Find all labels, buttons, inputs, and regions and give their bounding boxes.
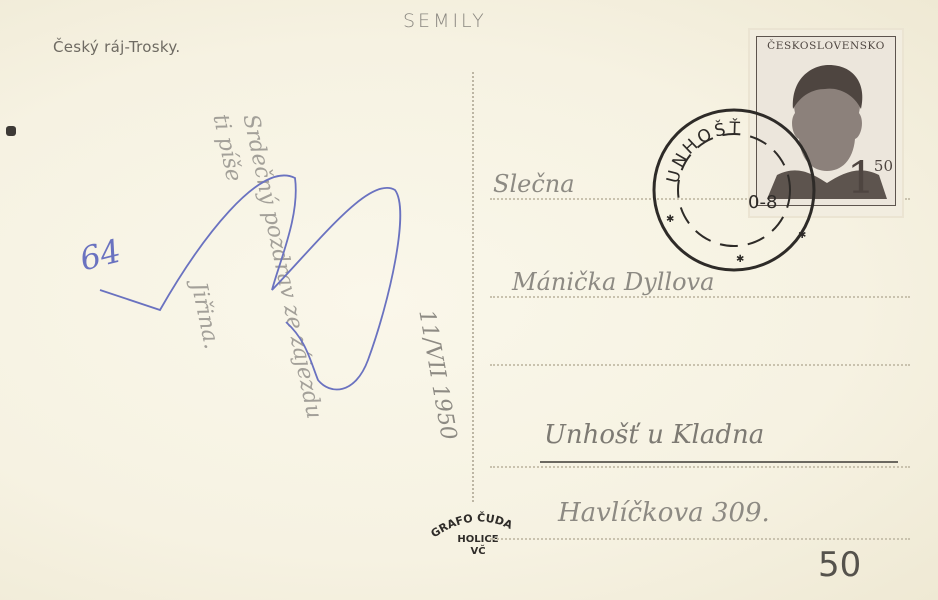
printer-mark-line3: VČ — [470, 544, 485, 557]
address-salutation: Slečna — [493, 170, 575, 198]
postmark-star-bottom: ✱ — [736, 254, 744, 265]
postmark-town: UNHOŠŤ — [663, 117, 743, 185]
postmark-star-left: ✱ — [666, 214, 674, 225]
postcard-back: Český ráj-Trosky. SEMILY Srdečný pozdrav… — [0, 0, 938, 600]
corner-number: 50 — [818, 545, 861, 585]
address-rule-2 — [490, 296, 910, 298]
address-rule-3 — [490, 364, 910, 366]
postmark-date: 0-8 — [748, 192, 777, 213]
svg-text:UNHOŠŤ: UNHOŠŤ — [663, 117, 743, 185]
printer-mark: GRAFO ČUDA HOLICE VČ — [428, 510, 528, 560]
stamp-country: ČESKOSLOVENSKO — [757, 40, 895, 52]
stamp-value: 1 — [847, 157, 875, 201]
address-town: Unhošť u Kladna — [544, 420, 764, 450]
address-underline — [540, 461, 898, 463]
address-rule-4 — [490, 466, 910, 468]
address-street: Havlíčkova 309. — [558, 498, 770, 528]
center-divider — [472, 72, 474, 502]
postmark-star-right: ✱ — [798, 230, 806, 241]
address-rule-5 — [490, 538, 910, 540]
postmark: UNHOŠŤ 0-8 ✱ ✱ ✱ — [648, 104, 820, 276]
stamp-value-fraction: 50 — [874, 157, 893, 175]
